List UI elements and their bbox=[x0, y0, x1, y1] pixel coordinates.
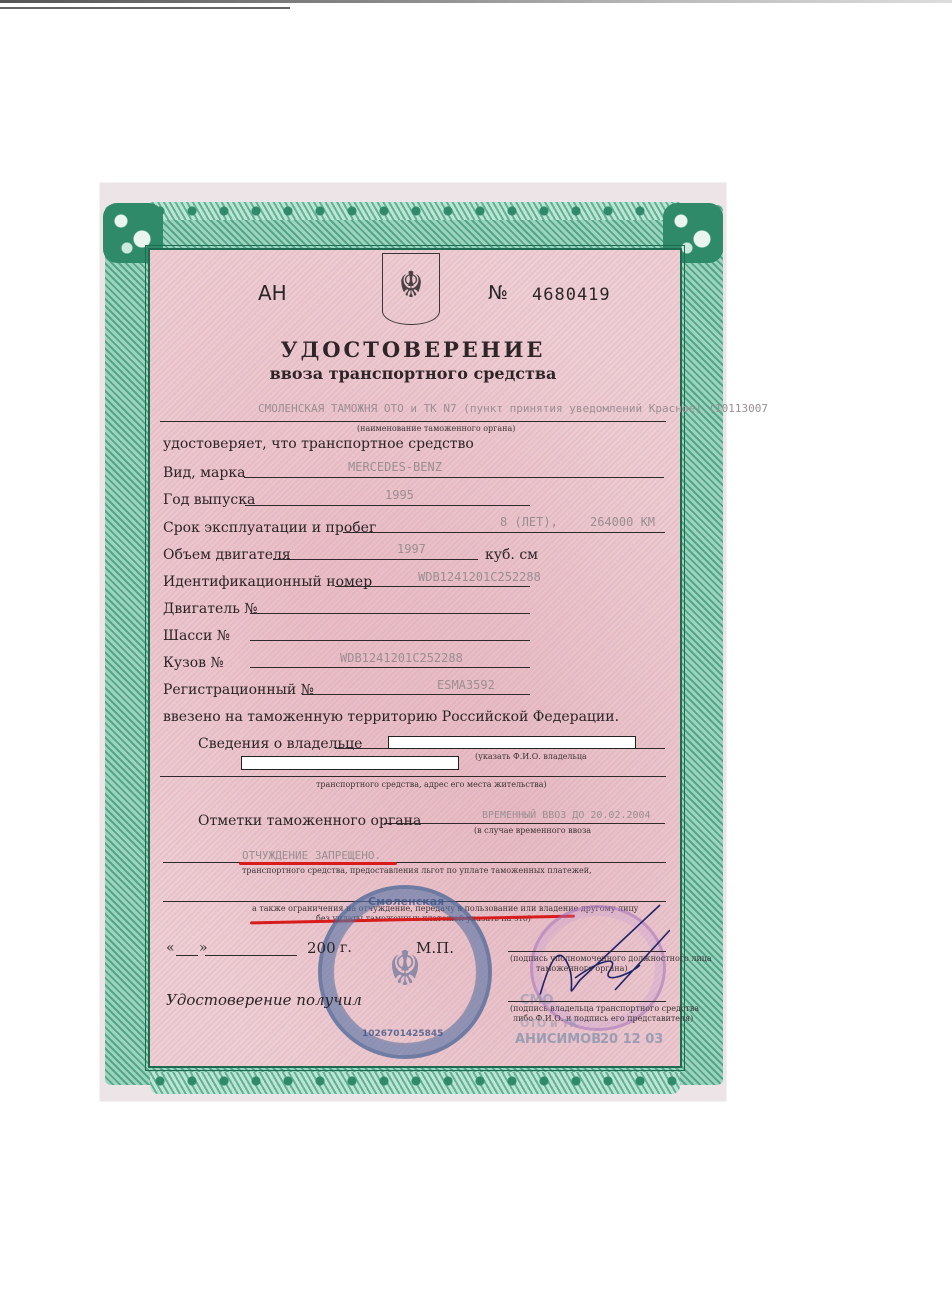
underline bbox=[335, 586, 530, 587]
underline bbox=[302, 694, 530, 695]
official-signature-caption-2: таможенного органа) bbox=[536, 964, 627, 973]
field-value-engine-volume: 1997 bbox=[397, 542, 426, 556]
field-value-mileage: 264000 КМ bbox=[590, 515, 655, 529]
underline bbox=[160, 421, 666, 422]
stamp-code: 1026701425845 bbox=[362, 1029, 443, 1039]
scan-edge-line bbox=[0, 7, 290, 9]
date-open-quote: « bbox=[166, 940, 175, 956]
document-subtitle: ввоза транспортного средства bbox=[148, 364, 678, 383]
underline bbox=[273, 559, 478, 560]
owner-address-redaction bbox=[241, 756, 459, 770]
owner-caption-2: транспортного средства, адрес его места … bbox=[316, 780, 547, 789]
customs-marks-alienation-prohibited: ОТЧУЖДЕНИЕ ЗАПРЕЩЕНО. bbox=[242, 849, 381, 862]
field-label-engine-no: Двигатель № bbox=[163, 601, 258, 617]
owner-label: Сведения о владельце bbox=[198, 736, 362, 752]
owner-name-redaction bbox=[388, 736, 636, 749]
stamp-place-mark: М.П. bbox=[416, 939, 454, 957]
customs-authority-caption: (наименование таможенного органа) bbox=[357, 424, 515, 433]
customs-round-stamp: ☬ Смоленская 1026701425845 bbox=[318, 885, 492, 1059]
underline bbox=[250, 667, 530, 668]
field-label-age-mileage: Срок эксплуатации и пробег bbox=[163, 520, 376, 536]
field-label-body-no: Кузов № bbox=[163, 655, 224, 671]
year-prefix: 200 bbox=[307, 939, 336, 957]
imported-text: ввезено на таможенную территорию Российс… bbox=[163, 709, 619, 725]
certifies-text: удостоверяет, что транспортное средство bbox=[163, 436, 474, 452]
underline bbox=[343, 532, 665, 533]
series-prefix: АН bbox=[258, 281, 287, 305]
underline bbox=[245, 505, 530, 506]
customs-marks-caption-1: (в случае временного ввоза bbox=[474, 826, 591, 835]
field-label-registration-no: Регистрационный № bbox=[163, 682, 314, 698]
official-signature-line bbox=[508, 951, 666, 952]
serial-number: 4680419 bbox=[532, 285, 611, 305]
field-value-year: 1995 bbox=[385, 488, 414, 502]
field-value-body-no: WDB1241201C252288 bbox=[340, 651, 463, 665]
underline bbox=[250, 613, 530, 614]
customs-marks-label: Отметки таможенного органа bbox=[198, 813, 421, 829]
document-title: УДОСТОВЕРЕНИЕ bbox=[148, 337, 678, 362]
red-underline-mark bbox=[239, 862, 397, 865]
holder-signature-line bbox=[508, 1001, 666, 1002]
underline bbox=[160, 776, 666, 777]
stamp-text: Смоленская bbox=[368, 895, 444, 908]
year-suffix: г. bbox=[340, 940, 352, 956]
coat-of-arms-emblem: ☬ bbox=[382, 253, 440, 325]
scan-edge bbox=[0, 0, 952, 3]
field-value-age: 8 (ЛЕТ), bbox=[500, 515, 558, 529]
received-label: Удостоверение получил bbox=[166, 991, 362, 1009]
underline bbox=[250, 640, 530, 641]
official-signature-caption-1: (подпись уполномоченного должностного ли… bbox=[510, 954, 712, 963]
day-underline bbox=[176, 955, 198, 956]
double-headed-eagle-icon: ☬ bbox=[391, 260, 431, 312]
month-underline bbox=[205, 955, 297, 956]
field-value-make: MERCEDES-BENZ bbox=[348, 460, 442, 474]
customs-authority-value: СМОЛЕНСКАЯ ТАМОЖНЯ ОТО и ТК N7 (пункт пр… bbox=[258, 402, 768, 415]
field-label-make: Вид, марка bbox=[163, 465, 245, 481]
number-sign: № bbox=[488, 282, 508, 304]
field-value-vin: WDB1241201C252288 bbox=[418, 570, 541, 584]
date-close-quote: » bbox=[199, 940, 208, 956]
frame-wave-bottom bbox=[150, 1072, 680, 1094]
field-label-chassis-no: Шасси № bbox=[163, 628, 230, 644]
underline bbox=[244, 477, 664, 478]
officer-stamp-mid: ОТО и ТК bbox=[520, 1017, 578, 1030]
field-label-engine-volume: Объем двигателя bbox=[163, 547, 291, 563]
holder-signature-caption-1: (подпись владельца транспортного средств… bbox=[510, 1004, 699, 1013]
engine-volume-unit: куб. см bbox=[485, 547, 538, 563]
officer-name-stamp: АНИСИМОВ bbox=[515, 1032, 601, 1047]
customs-marks-temporary-import: ВРЕМЕННЫЙ ВВОЗ ДО 20.02.2004 bbox=[482, 810, 651, 821]
officer-date-stamp: 20 12 03 bbox=[600, 1032, 663, 1047]
field-label-year: Год выпуска bbox=[163, 492, 255, 508]
underline bbox=[384, 823, 665, 824]
frame-wave-top bbox=[150, 202, 680, 220]
customs-marks-caption-2: транспортного средства, предоставления л… bbox=[242, 866, 592, 875]
field-label-vin: Идентификационный номер bbox=[163, 574, 372, 590]
field-value-registration-no: ESMA3592 bbox=[437, 678, 495, 692]
owner-caption-1: (указать Ф.И.О. владельца bbox=[475, 752, 587, 761]
